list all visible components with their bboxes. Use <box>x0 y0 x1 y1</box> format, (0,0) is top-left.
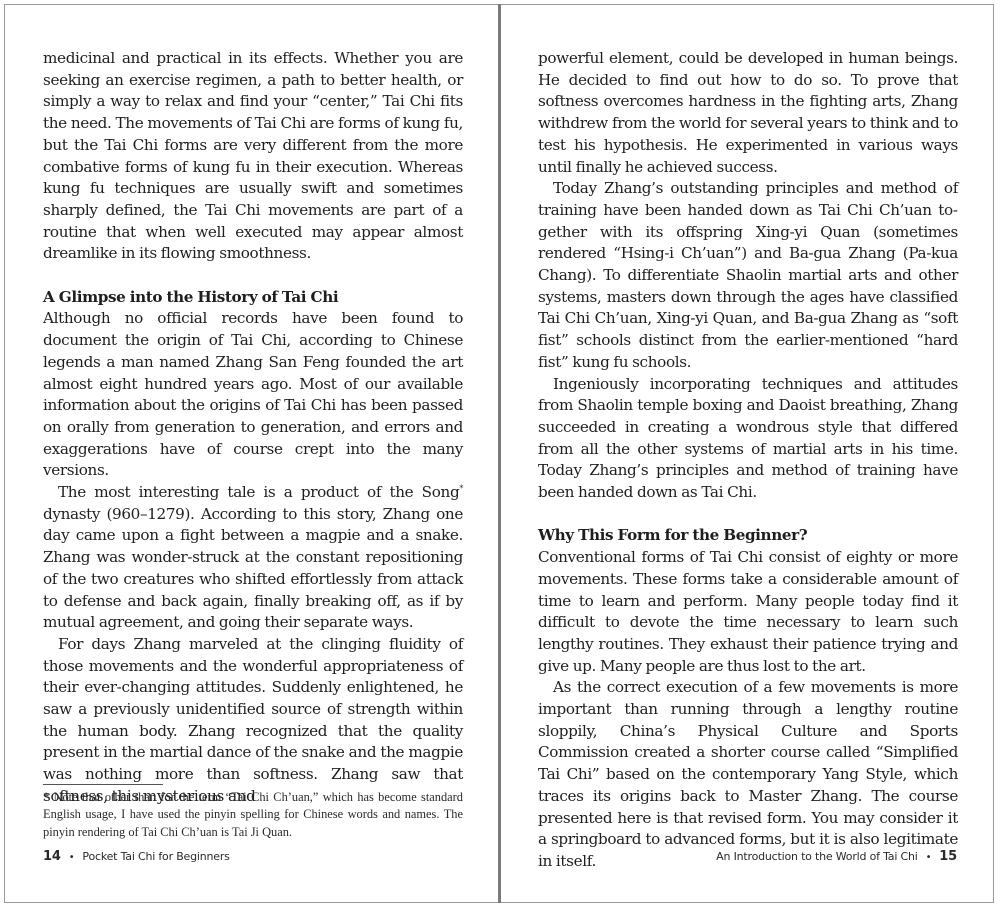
running-head: Pocket Tai Chi for Beginners <box>82 850 229 863</box>
section-heading-history: A Glimpse into the History of Tai Chi <box>43 287 463 309</box>
footnote-rule <box>43 784 163 785</box>
right-folio: An Introduction to the World of Tai Chi•… <box>716 849 957 864</box>
paragraph: Although no official records have been f… <box>43 308 463 482</box>
footnote-marker[interactable]: * <box>459 484 463 493</box>
footnote: * Note that other than for the term “Tai… <box>43 789 463 841</box>
paragraph: Today Zhang’s outstanding principles and… <box>538 178 958 373</box>
paragraph-text: The most interesting tale is a product o… <box>58 483 459 501</box>
running-head: An Introduction to the World of Tai Chi <box>716 850 917 863</box>
paragraph: The most interesting tale is a product o… <box>43 482 463 634</box>
bullet-separator: • <box>69 852 75 863</box>
paragraph: Ingeniously incorporating techniques and… <box>538 374 958 504</box>
right-page-body: powerful element, could be developed in … <box>538 48 958 873</box>
left-folio: 14•Pocket Tai Chi for Beginners <box>43 849 230 864</box>
paragraph: medicinal and practical in its effects. … <box>43 48 463 265</box>
paragraph: powerful element, could be developed in … <box>538 48 958 178</box>
paragraph: Conventional forms of Tai Chi consist of… <box>538 547 958 677</box>
paragraph: As the correct execution of a few moveme… <box>538 677 958 872</box>
left-page-body: medicinal and practical in its effects. … <box>43 48 463 808</box>
page-gutter-divider <box>498 4 501 903</box>
page-number: 14 <box>43 849 61 864</box>
paragraph-text: dynasty (960–1279). According to this st… <box>43 505 463 632</box>
bullet-separator: • <box>926 852 932 863</box>
section-heading-beginner: Why This Form for the Beginner? <box>538 525 958 547</box>
paragraph: For days Zhang marveled at the clinging … <box>43 634 463 808</box>
page-number: 15 <box>939 849 957 864</box>
